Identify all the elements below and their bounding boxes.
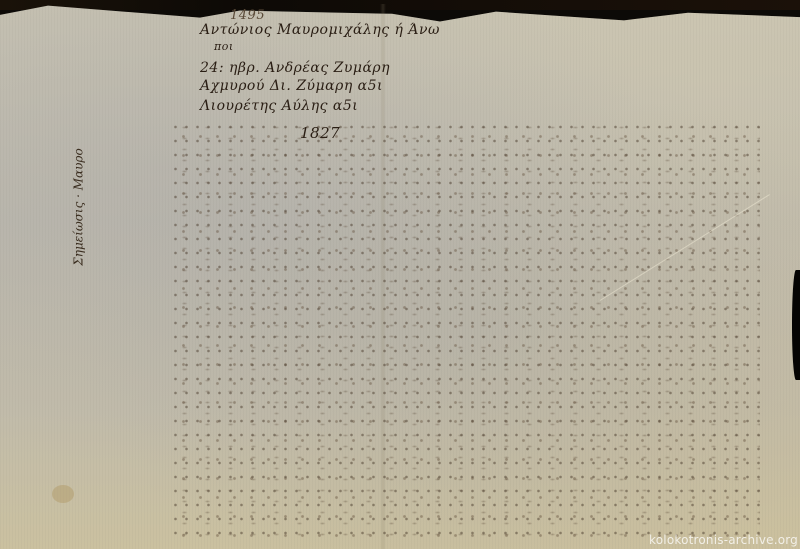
paper-stain <box>52 485 74 503</box>
scanner-edge-top <box>0 0 800 10</box>
docket-line-4: Αχμυρού Δι. Ζύμαρη α5ι <box>200 78 383 94</box>
ink-bleed-through <box>170 120 760 540</box>
docket-number: 1495 <box>230 8 265 23</box>
docket-year: 1827 <box>300 124 340 142</box>
archive-watermark: kolokotronis-archive.org <box>649 533 798 547</box>
margin-note: Σημείωσις · Μαυρο <box>72 148 86 265</box>
docket-line-1: Αντώνιος Μαυρομιχάλης ή Άνω <box>200 22 440 38</box>
docket-line-2: ποι <box>214 40 234 53</box>
scanner-edge-right <box>792 270 800 380</box>
docket-line-5: Λιουρέτης Αύλης α5ι <box>200 98 358 114</box>
docket-line-3: 24: ηβρ. Ανδρέας Ζυμάρη <box>200 60 390 76</box>
